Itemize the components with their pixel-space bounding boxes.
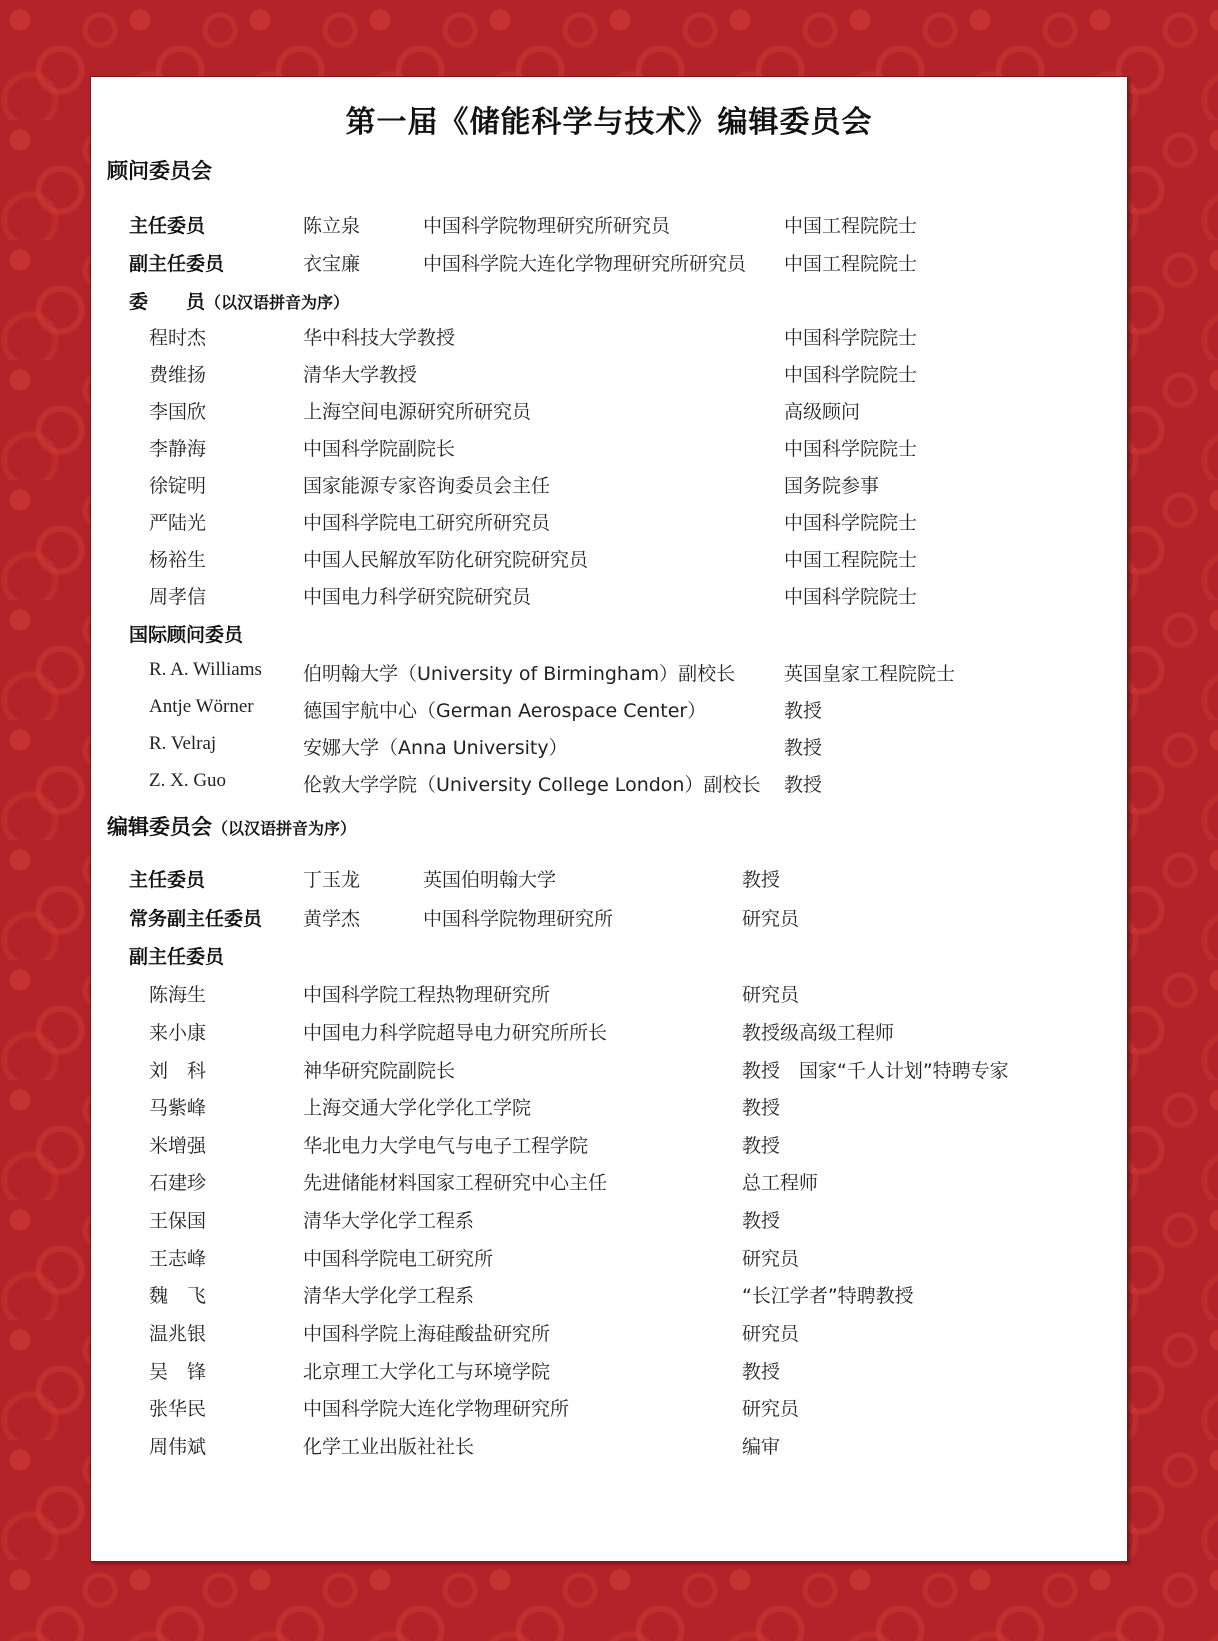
vice-member-row: 周伟斌 化学工业出版社社长 编审 — [91, 1432, 1127, 1462]
affiliation: 中国电力科学院超导电力研究所所长 — [303, 1018, 607, 1045]
title: 教授 — [742, 1357, 780, 1384]
affiliation: 英国伯明翰大学 — [423, 865, 556, 892]
role: 副主任委员 — [129, 249, 224, 276]
affiliation: 上海空间电源研究所研究员 — [303, 397, 531, 424]
affiliation: 清华大学教授 — [303, 360, 417, 387]
title: 中国科学院院士 — [784, 434, 917, 461]
title: 中国科学院院士 — [784, 323, 917, 350]
affiliation: 国家能源专家咨询委员会主任 — [303, 471, 550, 498]
affiliation: 中国科学院大连化学物理研究所研究员 — [423, 249, 746, 276]
members-heading-text: 委 员 — [129, 291, 205, 313]
title: 中国工程院院士 — [784, 211, 917, 238]
advisory-heading-text: 顾问委员会 — [107, 159, 212, 183]
name: 周伟斌 — [149, 1432, 206, 1459]
name: 米增强 — [149, 1131, 206, 1158]
affiliation: 北京理工大学化工与环境学院 — [303, 1357, 550, 1384]
name: 丁玉龙 — [303, 865, 360, 892]
vice-member-row: 刘 科 神华研究院副院长 教授 国家“千人计划”特聘专家 — [91, 1056, 1127, 1086]
name: 刘 科 — [149, 1056, 206, 1083]
affiliation: 上海交通大学化学化工学院 — [303, 1093, 531, 1120]
vice-member-row: 张华民 中国科学院大连化学物理研究所 研究员 — [91, 1394, 1127, 1424]
editorial-heading-note: （以汉语拼音为序） — [212, 819, 356, 838]
content-panel: 第一届《储能科学与技术》编辑委员会 顾问委员会 主任委员 陈立泉 中国科学院物理… — [90, 76, 1128, 1562]
affiliation: 华北电力大学电气与电子工程学院 — [303, 1131, 588, 1158]
members-note: （以汉语拼音为序） — [205, 293, 349, 312]
intl-member-row: Z. X. Guo 伦敦大学学院（University College Lond… — [91, 770, 1127, 800]
intl-member-row: R. A. Williams 伯明翰大学（University of Birmi… — [91, 659, 1127, 689]
affiliation: 清华大学化学工程系 — [303, 1281, 474, 1308]
title: 总工程师 — [742, 1168, 818, 1195]
name: 温兆银 — [149, 1319, 206, 1346]
title: 教授 — [742, 1093, 780, 1120]
role: 主任委员 — [129, 865, 205, 892]
page-title: 第一届《储能科学与技术》编辑委员会 — [91, 97, 1127, 141]
title: 教授 — [784, 770, 822, 797]
affiliation: 中国科学院大连化学物理研究所 — [303, 1394, 569, 1421]
vice-member-row: 陈海生 中国科学院工程热物理研究所 研究员 — [91, 980, 1127, 1010]
vice-member-row: 米增强 华北电力大学电气与电子工程学院 教授 — [91, 1131, 1127, 1161]
affiliation: 中国科学院物理研究所研究员 — [423, 211, 670, 238]
affiliation: 中国人民解放军防化研究院研究员 — [303, 545, 588, 572]
title: 英国皇家工程院院士 — [784, 659, 955, 686]
title: 教授 — [784, 733, 822, 760]
name: 来小康 — [149, 1018, 206, 1045]
affiliation: 化学工业出版社社长 — [303, 1432, 474, 1459]
title: 中国科学院院士 — [784, 360, 917, 387]
role: 主任委员 — [129, 211, 205, 238]
name: 黄学杰 — [303, 904, 360, 931]
title: 教授 国家“千人计划”特聘专家 — [742, 1056, 1009, 1083]
advisory-members-heading: 委 员（以汉语拼音为序） — [129, 287, 349, 314]
title: “长江学者”特聘教授 — [742, 1281, 914, 1308]
title: 中国工程院院士 — [784, 249, 917, 276]
name: R. Velraj — [149, 733, 216, 755]
advisory-member-row: 周孝信 中国电力科学研究院研究员 中国科学院院士 — [91, 582, 1127, 612]
title: 中国科学院院士 — [784, 508, 917, 535]
vice-member-row: 马紫峰 上海交通大学化学化工学院 教授 — [91, 1093, 1127, 1123]
vice-member-row: 魏 飞 清华大学化学工程系 “长江学者”特聘教授 — [91, 1281, 1127, 1311]
title: 编审 — [742, 1432, 780, 1459]
role: 常务副主任委员 — [129, 904, 262, 931]
vice-member-row: 王保国 清华大学化学工程系 教授 — [91, 1206, 1127, 1236]
title: 研究员 — [742, 1244, 799, 1271]
affiliation: 先进储能材料国家工程研究中心主任 — [303, 1168, 607, 1195]
intl-member-row: R. Velraj 安娜大学（Anna University） 教授 — [91, 733, 1127, 763]
affiliation: 中国科学院物理研究所 — [423, 904, 613, 931]
title: 教授 — [784, 696, 822, 723]
title: 教授 — [742, 1131, 780, 1158]
affiliation: 伦敦大学学院（University College London）副校长 — [303, 770, 760, 797]
affiliation: 中国科学院工程热物理研究所 — [303, 980, 550, 1007]
intl-member-row: Antje Wörner 德国宇航中心（German Aerospace Cen… — [91, 696, 1127, 726]
name: 马紫峰 — [149, 1093, 206, 1120]
affiliation: 中国科学院电工研究所研究员 — [303, 508, 550, 535]
affiliation: 德国宇航中心（German Aerospace Center） — [303, 696, 706, 723]
title: 研究员 — [742, 1394, 799, 1421]
name: 吴 锋 — [149, 1357, 206, 1384]
affiliation: 华中科技大学教授 — [303, 323, 455, 350]
name: 衣宝廉 — [303, 249, 360, 276]
vice-member-row: 王志峰 中国科学院电工研究所 研究员 — [91, 1244, 1127, 1274]
affiliation: 神华研究院副院长 — [303, 1056, 455, 1083]
title: 教授 — [742, 865, 780, 892]
affiliation: 中国科学院电工研究所 — [303, 1244, 493, 1271]
advisory-member-row: 杨裕生 中国人民解放军防化研究院研究员 中国工程院院士 — [91, 545, 1127, 575]
title: 研究员 — [742, 1319, 799, 1346]
name: 杨裕生 — [149, 545, 206, 572]
advisory-heading: 顾问委员会 — [107, 155, 212, 185]
name: 程时杰 — [149, 323, 206, 350]
affiliation: 伯明翰大学（University of Birmingham）副校长 — [303, 659, 735, 686]
editorial-heading-text: 编辑委员会 — [107, 815, 212, 839]
advisory-member-row: 程时杰 华中科技大学教授 中国科学院院士 — [91, 323, 1127, 353]
name: 魏 飞 — [149, 1281, 206, 1308]
title: 中国工程院院士 — [784, 545, 917, 572]
name: 费维扬 — [149, 360, 206, 387]
name: 李国欣 — [149, 397, 206, 424]
name: 陈海生 — [149, 980, 206, 1007]
advisory-leader-row: 副主任委员 衣宝廉 中国科学院大连化学物理研究所研究员 中国工程院院士 — [91, 249, 1127, 279]
name: 张华民 — [149, 1394, 206, 1421]
affiliation: 中国科学院副院长 — [303, 434, 455, 461]
advisory-leader-row: 主任委员 陈立泉 中国科学院物理研究所研究员 中国工程院院士 — [91, 211, 1127, 241]
affiliation: 清华大学化学工程系 — [303, 1206, 474, 1233]
name: 徐锭明 — [149, 471, 206, 498]
affiliation: 安娜大学（Anna University） — [303, 733, 568, 760]
editorial-leader-row: 主任委员 丁玉龙 英国伯明翰大学 教授 — [91, 865, 1127, 895]
name: Z. X. Guo — [149, 770, 226, 792]
name: 石建珍 — [149, 1168, 206, 1195]
advisory-member-row: 严陆光 中国科学院电工研究所研究员 中国科学院院士 — [91, 508, 1127, 538]
advisory-member-row: 李静海 中国科学院副院长 中国科学院院士 — [91, 434, 1127, 464]
affiliation: 中国电力科学研究院研究员 — [303, 582, 531, 609]
vice-member-row: 石建珍 先进储能材料国家工程研究中心主任 总工程师 — [91, 1168, 1127, 1198]
advisory-member-row: 李国欣 上海空间电源研究所研究员 高级顾问 — [91, 397, 1127, 427]
vice-chair-heading: 副主任委员 — [129, 942, 224, 969]
name: 王保国 — [149, 1206, 206, 1233]
affiliation: 中国科学院上海硅酸盐研究所 — [303, 1319, 550, 1346]
vice-member-row: 温兆银 中国科学院上海硅酸盐研究所 研究员 — [91, 1319, 1127, 1349]
name: 严陆光 — [149, 508, 206, 535]
vice-heading-text: 副主任委员 — [129, 946, 224, 968]
vice-member-row: 吴 锋 北京理工大学化工与环境学院 教授 — [91, 1357, 1127, 1387]
name: 陈立泉 — [303, 211, 360, 238]
name: 王志峰 — [149, 1244, 206, 1271]
title: 中国科学院院士 — [784, 582, 917, 609]
title: 教授级高级工程师 — [742, 1018, 894, 1045]
advisory-member-row: 徐锭明 国家能源专家咨询委员会主任 国务院参事 — [91, 471, 1127, 501]
title: 研究员 — [742, 980, 799, 1007]
editorial-leader-row: 常务副主任委员 黄学杰 中国科学院物理研究所 研究员 — [91, 904, 1127, 934]
vice-member-row: 来小康 中国电力科学院超导电力研究所所长 教授级高级工程师 — [91, 1018, 1127, 1048]
title: 国务院参事 — [784, 471, 879, 498]
name: 周孝信 — [149, 582, 206, 609]
intl-heading-text: 国际顾问委员 — [129, 624, 243, 646]
title: 教授 — [742, 1206, 780, 1233]
name: 李静海 — [149, 434, 206, 461]
editorial-heading: 编辑委员会（以汉语拼音为序） — [107, 811, 356, 841]
title: 高级顾问 — [784, 397, 860, 424]
advisory-member-row: 费维扬 清华大学教授 中国科学院院士 — [91, 360, 1127, 390]
title: 研究员 — [742, 904, 799, 931]
intl-advisory-heading: 国际顾问委员 — [129, 620, 243, 647]
name: R. A. Williams — [149, 659, 262, 681]
name: Antje Wörner — [149, 696, 254, 718]
